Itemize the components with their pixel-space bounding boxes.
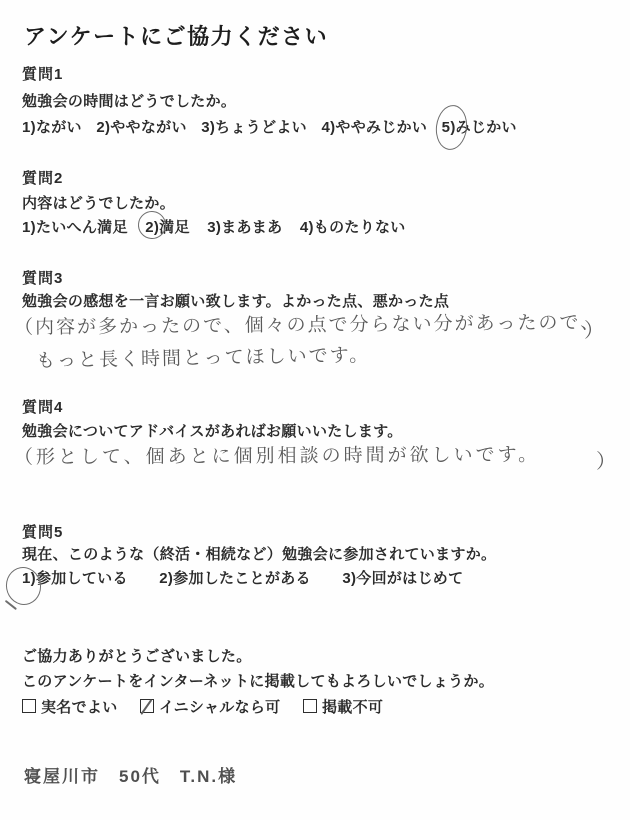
option: 1)ながい (22, 116, 82, 137)
option-number: 1) (22, 219, 36, 236)
q4-handwritten-close-paren: ） (596, 445, 618, 474)
option-number: 3) (201, 119, 215, 136)
question-5-options: 1)参加している 2)参加したことがある 3)今回がはじめて (22, 567, 490, 588)
option-label: 今回がはじめて (356, 570, 463, 587)
option-label: ものたりない (314, 219, 406, 236)
option-label: みじかい (456, 119, 517, 136)
handwritten-check-mark (140, 699, 152, 715)
option: 3)今回がはじめて (342, 567, 463, 588)
q4-handwritten-answer: （形として、個あとに個別相談の時間が欲しいです。 (14, 440, 540, 470)
option-number: 1) (22, 570, 36, 587)
option-label: たいへん満足 (36, 219, 128, 236)
question-3-label: 質問3 (22, 267, 63, 288)
publish-options-row: 実名でよい イニシャルなら可 掲載不可 (22, 696, 401, 717)
question-3-text: 勉強会の感想を一言お願い致します。よかった点、悪かった点 (22, 290, 449, 311)
option-label: ややながい (110, 119, 187, 136)
option-number: 3) (207, 219, 221, 236)
q3-handwritten-answer-line2: もっと長く時間とってほしいです。 (36, 340, 371, 373)
publish-option-realname: 実名でよい (22, 696, 118, 717)
option: 2)参加したことがある (159, 567, 311, 588)
option-label: ながい (36, 119, 82, 136)
q3-handwritten-close-paren: ） (584, 314, 606, 343)
question-1-options: 1)ながい 2)ややながい 3)ちょうどよい 4)ややみじかい 5)みじかい (22, 116, 527, 137)
option-number: 4) (321, 119, 335, 136)
option-label: まあまあ (221, 219, 282, 236)
option: 1)たいへん満足 (22, 216, 128, 237)
option-selected: 5)みじかい (442, 116, 517, 137)
checkbox-unchecked-icon (22, 699, 36, 713)
option-label: ややみじかい (335, 119, 427, 136)
question-4-text: 勉強会についてアドバイスがあればお願いいたします。 (22, 420, 403, 441)
option-label: 参加している (36, 570, 128, 587)
respondent-info: 寝屋川市 50代 T.N.様 (24, 762, 237, 787)
question-2-label: 質問2 (22, 167, 63, 188)
option: 3)ちょうどよい (201, 116, 307, 137)
checkbox-unchecked-icon (303, 699, 317, 713)
question-2-options: 1)たいへん満足 2)満足 3)まあまあ 4)ものたりない (22, 216, 419, 237)
option-selected: 2)満足 (145, 216, 190, 237)
question-1-label: 質問1 (22, 63, 63, 84)
option: 3)まあまあ (207, 216, 282, 237)
thanks-text: ご協力ありがとうございました。 (22, 645, 252, 666)
option-number: 2) (96, 119, 110, 136)
scanned-survey-page: アンケートにご協力ください 質問1 勉強会の時間はどうでしたか。 1)ながい 2… (0, 0, 630, 820)
option-selected: 1)参加している (22, 567, 128, 588)
question-5-text: 現在、このような（終活・相続など）勉強会に参加されていますか。 (22, 543, 496, 564)
option-number: 1) (22, 119, 36, 136)
page-title: アンケートにご協力ください (24, 20, 328, 51)
option-label: 参加したことがある (173, 570, 311, 587)
publish-option-initials: イニシャルなら可 (140, 696, 281, 717)
checkbox-label: 実名でよい (41, 699, 118, 716)
option: 4)ものたりない (300, 216, 406, 237)
checkbox-checked-icon (140, 699, 154, 713)
option-number: 4) (300, 219, 314, 236)
option-number: 5) (442, 119, 456, 136)
publish-question-text: このアンケートをインターネットに掲載してもよろしいでしょうか。 (22, 670, 494, 691)
checkbox-label: イニシャルなら可 (159, 699, 281, 716)
option-number: 2) (145, 219, 159, 236)
question-2-text: 内容はどうでしたか。 (22, 192, 175, 213)
handwritten-circle-tail (5, 600, 17, 610)
option: 2)ややながい (96, 116, 186, 137)
option-number: 2) (159, 570, 173, 587)
question-4-label: 質問4 (22, 396, 63, 417)
option-number: 3) (342, 570, 356, 587)
publish-option-nopublish: 掲載不可 (303, 696, 383, 717)
option: 4)ややみじかい (321, 116, 427, 137)
option-label: 満足 (159, 219, 190, 236)
question-5-label: 質問5 (22, 521, 63, 542)
option-label: ちょうどよい (215, 119, 307, 136)
question-1-text: 勉強会の時間はどうでしたか。 (22, 90, 236, 111)
checkbox-label: 掲載不可 (322, 699, 383, 716)
q3-handwritten-answer-line1: （内容が多かったので、個々の点で分らない分があったので、 (14, 307, 601, 339)
